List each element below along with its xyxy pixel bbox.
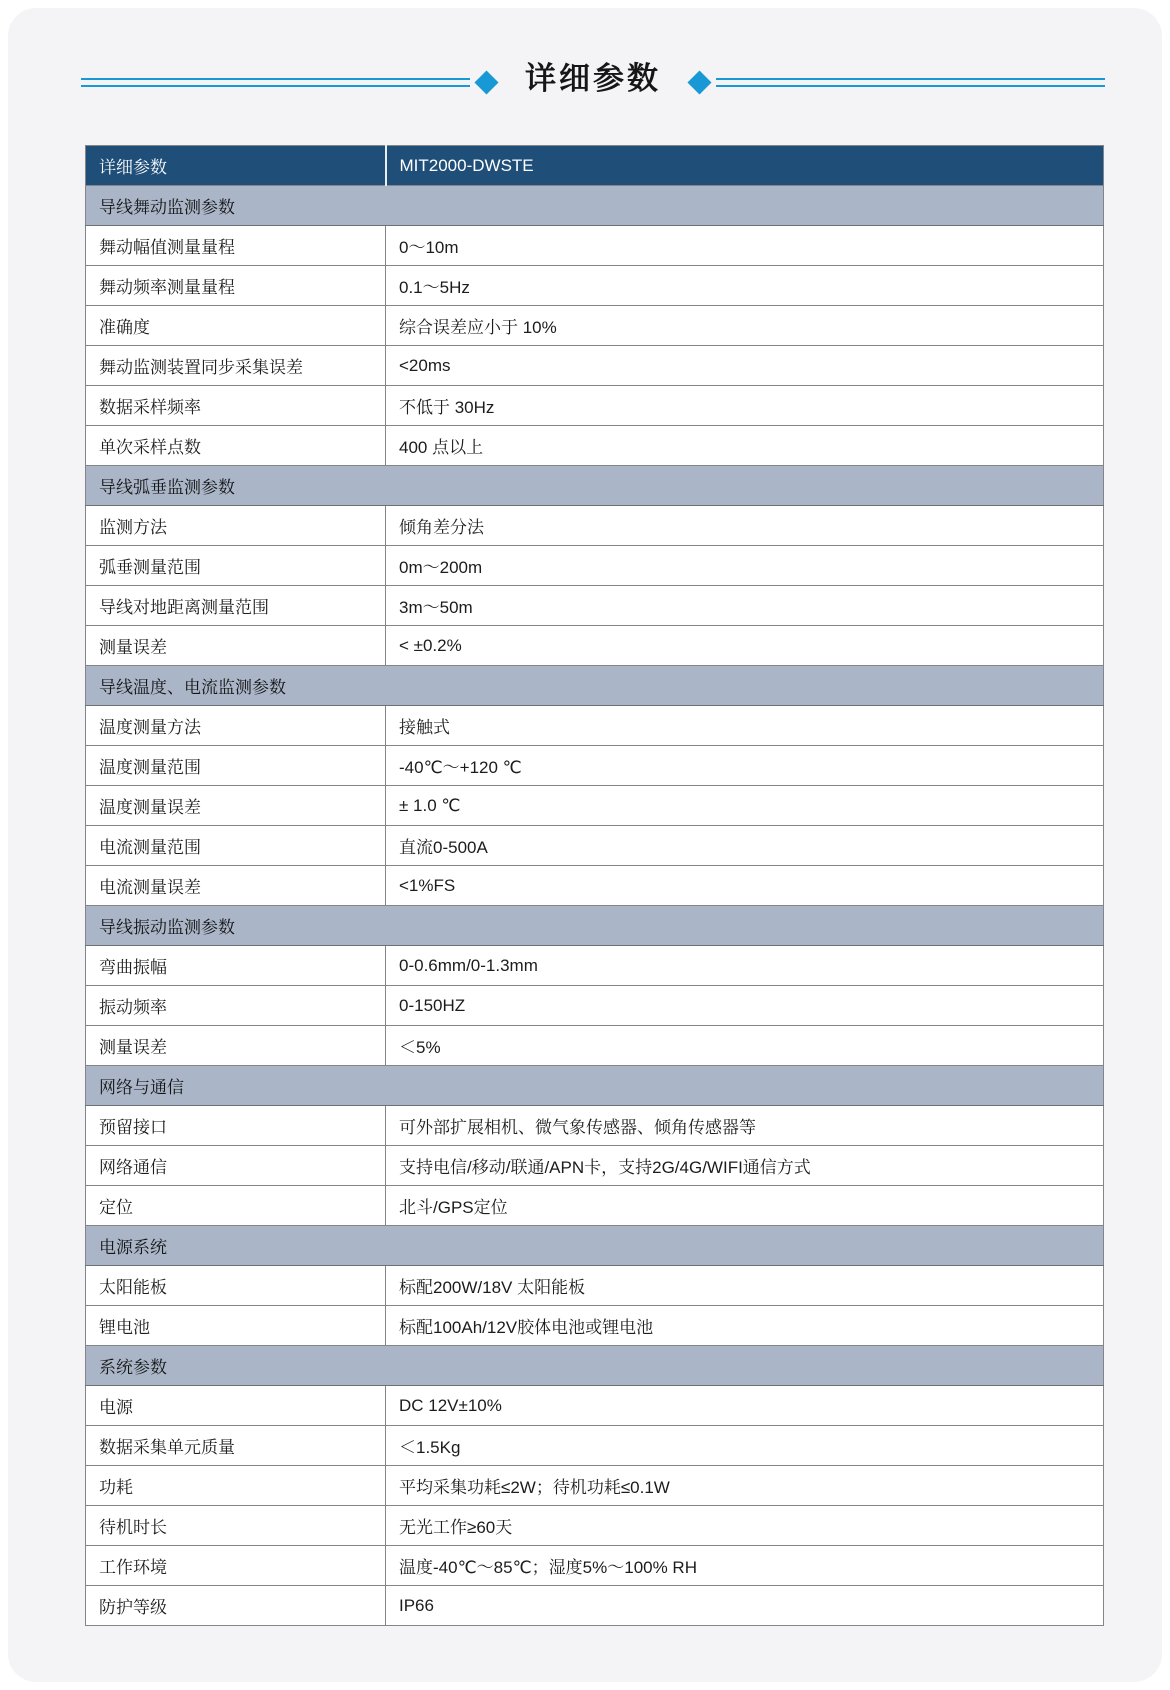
section-row: 导线振动监测参数 — [86, 906, 1104, 946]
spec-value: 可外部扩展相机、微气象传感器、倾角传感器等 — [386, 1106, 1104, 1146]
spec-row: 弧垂测量范围0m～200m — [86, 546, 1104, 586]
spec-row: 电流测量范围直流0-500A — [86, 826, 1104, 866]
spec-table: 详细参数 MIT2000-DWSTE 导线舞动监测参数舞动幅值测量量程0～10m… — [85, 145, 1104, 1626]
spec-label: 舞动频率测量量程 — [86, 266, 386, 306]
spec-row: 测量误差< ±0.2% — [86, 626, 1104, 666]
spec-label: 温度测量方法 — [86, 706, 386, 746]
spec-label: 弧垂测量范围 — [86, 546, 386, 586]
page-title: 详细参数 — [525, 63, 661, 94]
spec-label: 导线对地距离测量范围 — [86, 586, 386, 626]
section-row: 导线舞动监测参数 — [86, 186, 1104, 226]
spec-value: -40℃～+120 ℃ — [386, 746, 1104, 786]
spec-label: 锂电池 — [86, 1306, 386, 1346]
diamond-icon — [474, 70, 498, 94]
spec-value: 无光工作≥60天 — [386, 1506, 1104, 1546]
spec-value: < ±0.2% — [386, 626, 1104, 666]
title-divider-right — [716, 78, 1105, 87]
spec-row: 电流测量误差<1%FS — [86, 866, 1104, 906]
spec-label: 电流测量范围 — [86, 826, 386, 866]
spec-label: 电源 — [86, 1386, 386, 1426]
spec-label: 预留接口 — [86, 1106, 386, 1146]
table-header-model: MIT2000-DWSTE — [386, 146, 1104, 186]
spec-row: 温度测量方法接触式 — [86, 706, 1104, 746]
spec-value: IP66 — [386, 1586, 1104, 1626]
spec-row: 弯曲振幅0-0.6mm/0-1.3mm — [86, 946, 1104, 986]
spec-label: 网络通信 — [86, 1146, 386, 1186]
spec-value: 0m～200m — [386, 546, 1104, 586]
title-band: 详细参数 — [81, 54, 1105, 110]
spec-row: 太阳能板标配200W/18V 太阳能板 — [86, 1266, 1104, 1306]
spec-row: 单次采样点数400 点以上 — [86, 426, 1104, 466]
spec-label: 工作环境 — [86, 1546, 386, 1586]
spec-row: 舞动频率测量量程0.1～5Hz — [86, 266, 1104, 306]
spec-label: 测量误差 — [86, 626, 386, 666]
spec-row: 功耗平均采集功耗≤2W；待机功耗≤0.1W — [86, 1466, 1104, 1506]
spec-row: 定位北斗/GPS定位 — [86, 1186, 1104, 1226]
spec-value: 标配200W/18V 太阳能板 — [386, 1266, 1104, 1306]
spec-value: 接触式 — [386, 706, 1104, 746]
spec-value: 0-150HZ — [386, 986, 1104, 1026]
spec-label: 监测方法 — [86, 506, 386, 546]
spec-row: 数据采集单元质量＜1.5Kg — [86, 1426, 1104, 1466]
spec-value: 直流0-500A — [386, 826, 1104, 866]
spec-value: 0～10m — [386, 226, 1104, 266]
section-row: 导线弧垂监测参数 — [86, 466, 1104, 506]
spec-label: 太阳能板 — [86, 1266, 386, 1306]
spec-value: 平均采集功耗≤2W；待机功耗≤0.1W — [386, 1466, 1104, 1506]
spec-label: 弯曲振幅 — [86, 946, 386, 986]
spec-label: 待机时长 — [86, 1506, 386, 1546]
title-divider-left — [81, 78, 470, 87]
spec-row: 待机时长无光工作≥60天 — [86, 1506, 1104, 1546]
spec-value: 支持电信/移动/联通/APN卡，支持2G/4G/WIFI通信方式 — [386, 1146, 1104, 1186]
table-header-row: 详细参数 MIT2000-DWSTE — [86, 146, 1104, 186]
spec-value: 温度-40℃～85℃；湿度5%～100% RH — [386, 1546, 1104, 1586]
spec-label: 温度测量范围 — [86, 746, 386, 786]
spec-value: 倾角差分法 — [386, 506, 1104, 546]
spec-row: 数据采样频率不低于 30Hz — [86, 386, 1104, 426]
spec-label: 防护等级 — [86, 1586, 386, 1626]
spec-row: 网络通信支持电信/移动/联通/APN卡，支持2G/4G/WIFI通信方式 — [86, 1146, 1104, 1186]
spec-label: 数据采样频率 — [86, 386, 386, 426]
spec-row: 监测方法倾角差分法 — [86, 506, 1104, 546]
spec-row: 准确度综合误差应小于 10% — [86, 306, 1104, 346]
spec-value: 3m～50m — [386, 586, 1104, 626]
diamond-icon — [687, 70, 711, 94]
spec-row: 舞动监测装置同步采集误差<20ms — [86, 346, 1104, 386]
spec-label: 单次采样点数 — [86, 426, 386, 466]
spec-label: 准确度 — [86, 306, 386, 346]
spec-value: 综合误差应小于 10% — [386, 306, 1104, 346]
section-row: 系统参数 — [86, 1346, 1104, 1386]
spec-row: 舞动幅值测量量程0～10m — [86, 226, 1104, 266]
section-row: 导线温度、电流监测参数 — [86, 666, 1104, 706]
spec-row: 防护等级IP66 — [86, 1586, 1104, 1626]
spec-label: 定位 — [86, 1186, 386, 1226]
spec-value: DC 12V±10% — [386, 1386, 1104, 1426]
spec-row: 导线对地距离测量范围3m～50m — [86, 586, 1104, 626]
spec-value: <20ms — [386, 346, 1104, 386]
section-row: 电源系统 — [86, 1226, 1104, 1266]
spec-label: 舞动监测装置同步采集误差 — [86, 346, 386, 386]
spec-value: 不低于 30Hz — [386, 386, 1104, 426]
spec-value: ＜1.5Kg — [386, 1426, 1104, 1466]
spec-value: 400 点以上 — [386, 426, 1104, 466]
spec-row: 温度测量误差± 1.0 ℃ — [86, 786, 1104, 826]
spec-label: 功耗 — [86, 1466, 386, 1506]
spec-value: 北斗/GPS定位 — [386, 1186, 1104, 1226]
section-label: 系统参数 — [86, 1346, 1104, 1386]
spec-value: ＜5% — [386, 1026, 1104, 1066]
section-label: 导线温度、电流监测参数 — [86, 666, 1104, 706]
section-label: 网络与通信 — [86, 1066, 1104, 1106]
spec-label: 数据采集单元质量 — [86, 1426, 386, 1466]
section-label: 导线舞动监测参数 — [86, 186, 1104, 226]
spec-row: 预留接口可外部扩展相机、微气象传感器、倾角传感器等 — [86, 1106, 1104, 1146]
section-label: 导线弧垂监测参数 — [86, 466, 1104, 506]
spec-card: 详细参数 详细参数 MIT2000-DWSTE 导线舞动监测参数舞动幅值测量量程… — [8, 8, 1162, 1682]
spec-label: 测量误差 — [86, 1026, 386, 1066]
spec-value: ± 1.0 ℃ — [386, 786, 1104, 826]
spec-row: 工作环境温度-40℃～85℃；湿度5%～100% RH — [86, 1546, 1104, 1586]
section-row: 网络与通信 — [86, 1066, 1104, 1106]
spec-label: 舞动幅值测量量程 — [86, 226, 386, 266]
spec-row: 温度测量范围-40℃～+120 ℃ — [86, 746, 1104, 786]
spec-row: 振动频率0-150HZ — [86, 986, 1104, 1026]
spec-value: 0.1～5Hz — [386, 266, 1104, 306]
spec-label: 振动频率 — [86, 986, 386, 1026]
spec-value: 0-0.6mm/0-1.3mm — [386, 946, 1104, 986]
spec-value: 标配100Ah/12V胶体电池或锂电池 — [386, 1306, 1104, 1346]
spec-row: 测量误差＜5% — [86, 1026, 1104, 1066]
table-header-param: 详细参数 — [86, 146, 386, 186]
spec-value: <1%FS — [386, 866, 1104, 906]
spec-label: 温度测量误差 — [86, 786, 386, 826]
section-label: 导线振动监测参数 — [86, 906, 1104, 946]
spec-label: 电流测量误差 — [86, 866, 386, 906]
section-label: 电源系统 — [86, 1226, 1104, 1266]
spec-row: 电源DC 12V±10% — [86, 1386, 1104, 1426]
spec-row: 锂电池标配100Ah/12V胶体电池或锂电池 — [86, 1306, 1104, 1346]
